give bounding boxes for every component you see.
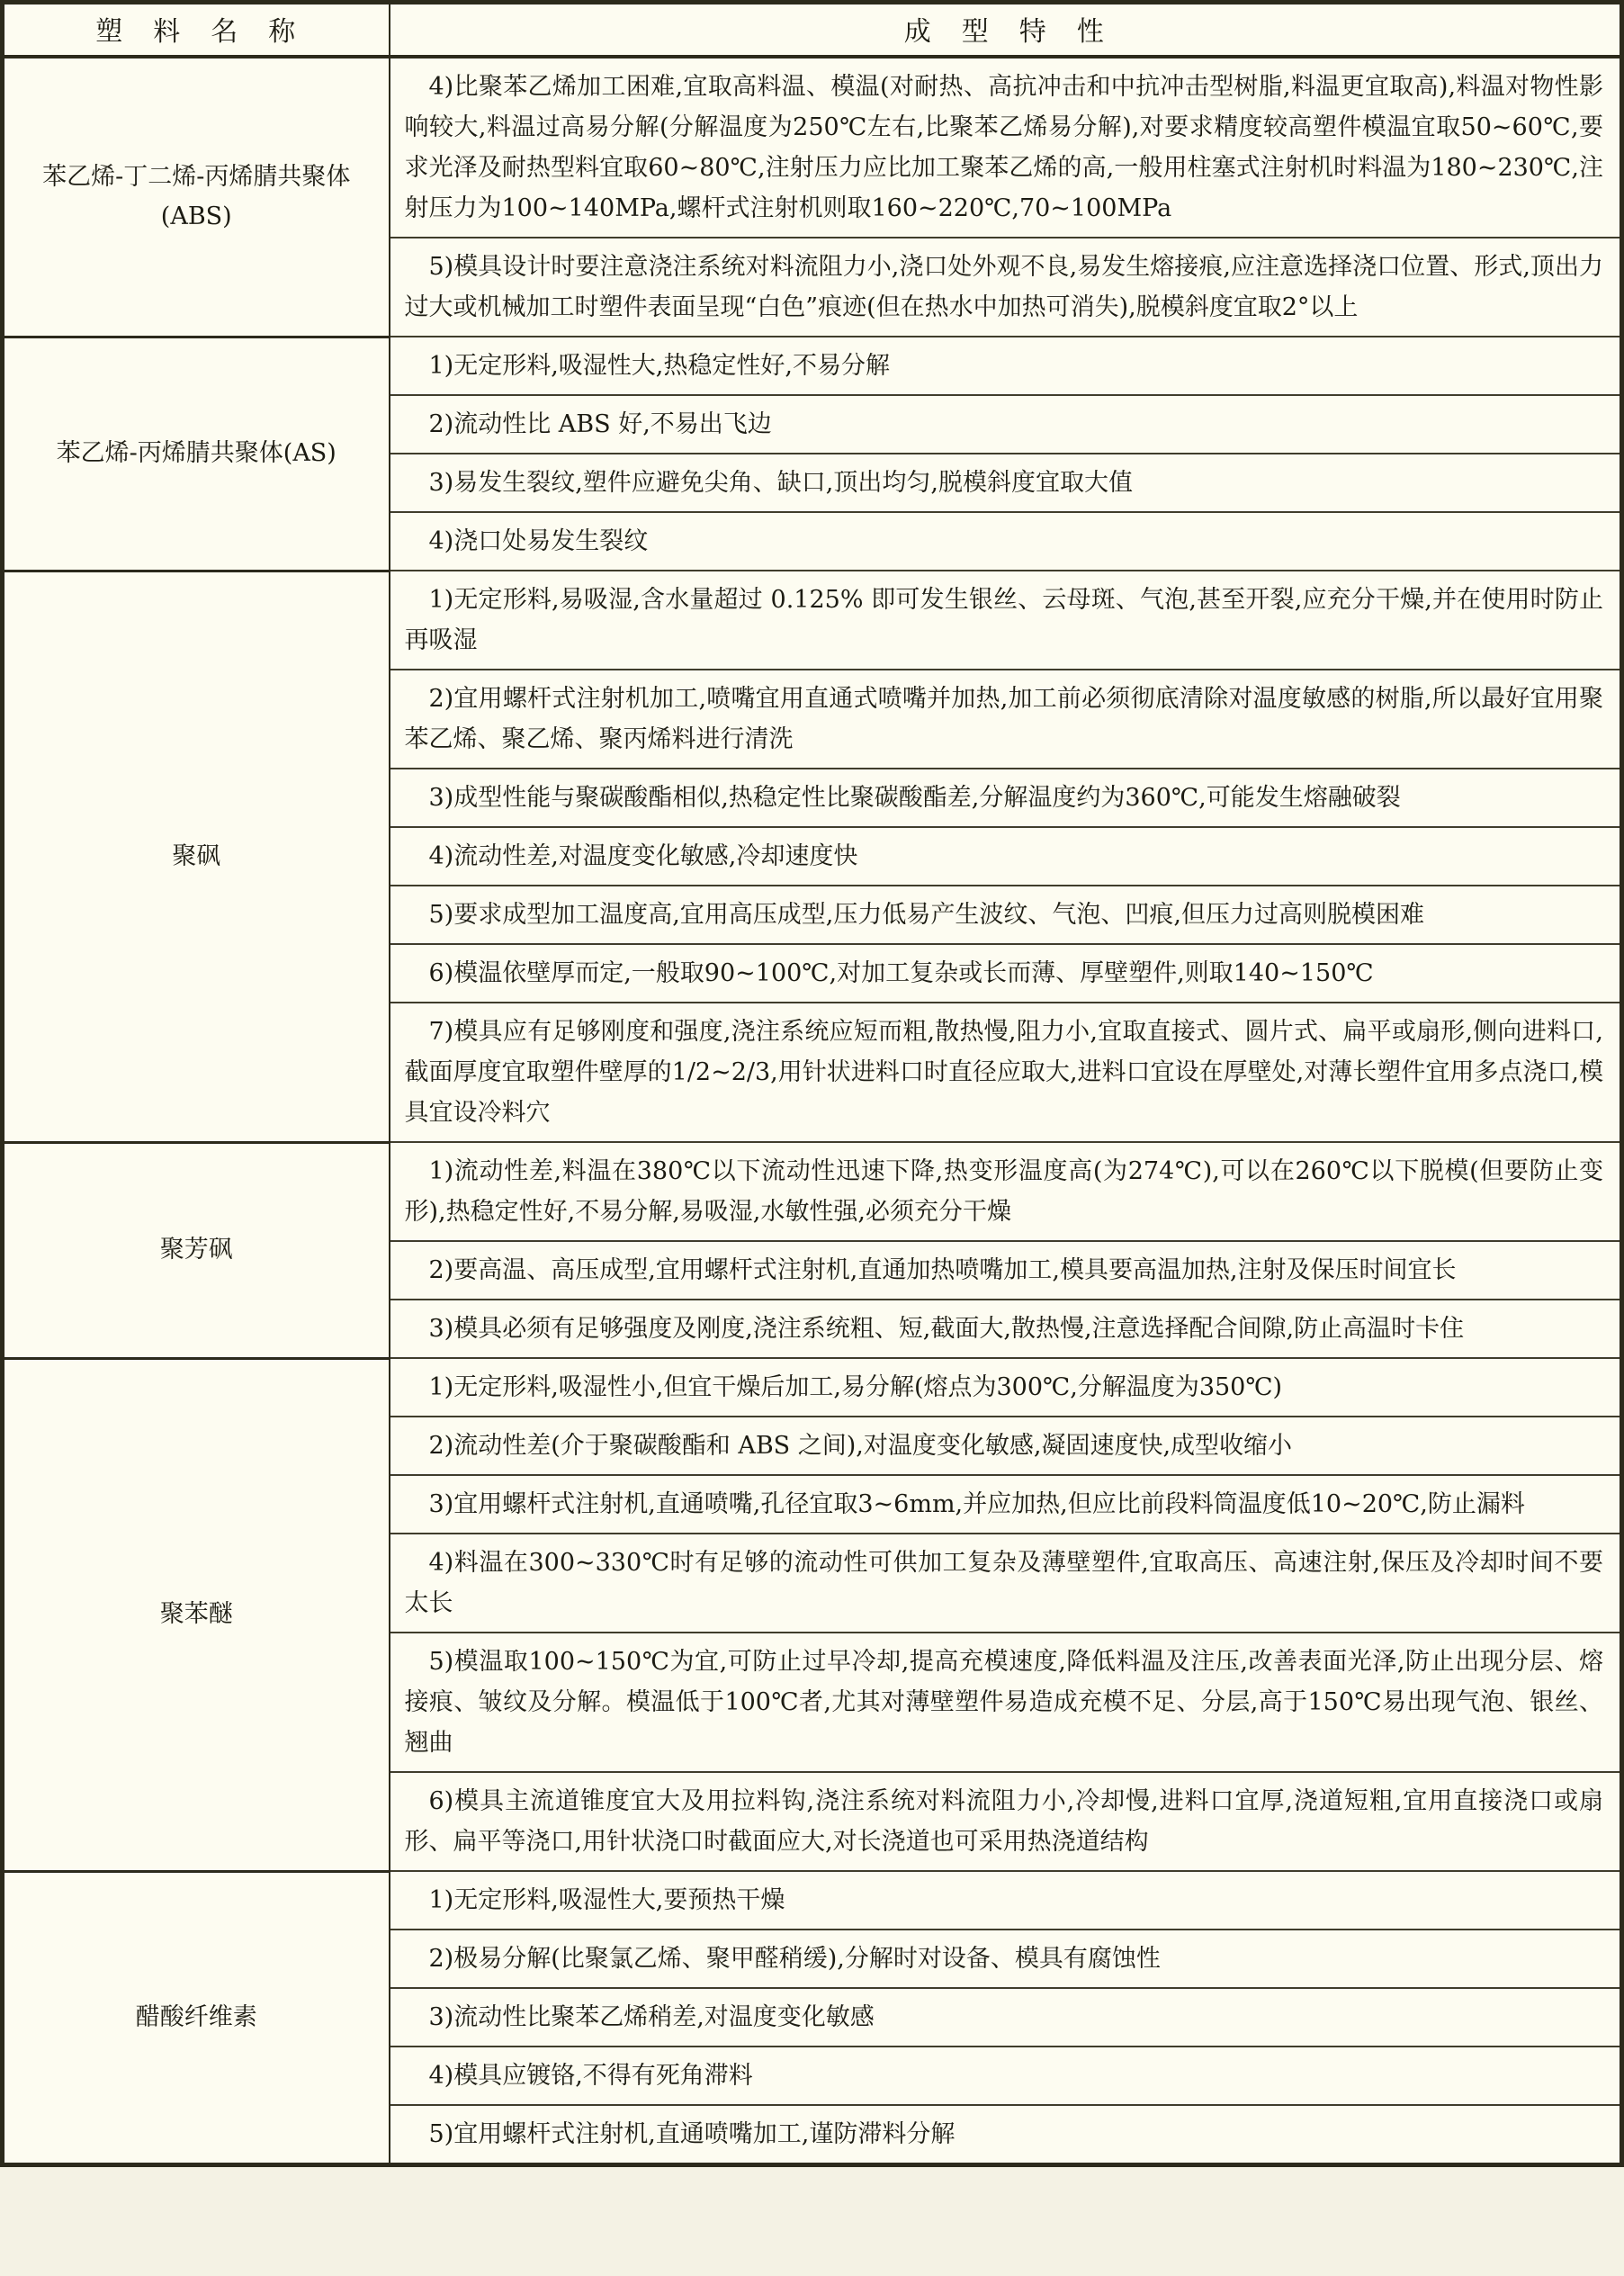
feature-item-cell: 5)要求成型加工温度高,宜用高压成型,压力低易产生波纹、气泡、凹痕,但压力过高则…	[390, 886, 1622, 944]
feature-item-cell: 1)无定形料,吸湿性小,但宜干燥后加工,易分解(熔点为300℃,分解温度为350…	[390, 1358, 1622, 1417]
feature-item-cell: 4)模具应镀铬,不得有死角滞料	[390, 2047, 1622, 2105]
feature-item-cell: 1)无定形料,吸湿性大,热稳定性好,不易分解	[390, 337, 1622, 395]
document-page: 塑 料 名 称 成 型 特 性 苯乙烯-丁二烯-丙烯腈共聚体(ABS) 4)比聚…	[0, 0, 1624, 2167]
feature-item-cell: 6)模温依壁厚而定,一般取90~100℃,对加工复杂或长而薄、厚壁塑件,则取14…	[390, 944, 1622, 1003]
table-row: 聚芳砜 1)流动性差,料温在380℃以下流动性迅速下降,热变形温度高(为274℃…	[3, 1142, 1622, 1241]
feature-item-cell: 5)模温取100~150℃为宜,可防止过早冷却,提高充模速度,降低料温及注压,改…	[390, 1633, 1622, 1772]
feature-item-cell: 2)流动性比 ABS 好,不易出飞边	[390, 395, 1622, 454]
feature-item-cell: 1)流动性差,料温在380℃以下流动性迅速下降,热变形温度高(为274℃),可以…	[390, 1142, 1622, 1241]
feature-item-cell: 2)极易分解(比聚氯乙烯、聚甲醛稍缓),分解时对设备、模具有腐蚀性	[390, 1930, 1622, 1988]
feature-item-cell: 3)模具必须有足够强度及刚度,浇注系统粗、短,截面大,散热慢,注意选择配合间隙,…	[390, 1300, 1622, 1358]
table-row: 醋酸纤维素 1)无定形料,吸湿性大,要预热干燥	[3, 1871, 1622, 1930]
feature-item-cell: 2)宜用螺杆式注射机加工,喷嘴宜用直通式喷嘴并加热,加工前必须彻底清除对温度敏感…	[390, 670, 1622, 769]
plastic-name-cell: 醋酸纤维素	[3, 1871, 390, 2165]
feature-item-cell: 5)模具设计时要注意浇注系统对料流阻力小,浇口处外观不良,易发生熔接痕,应注意选…	[390, 238, 1622, 337]
feature-item-cell: 4)比聚苯乙烯加工困难,宜取高料温、模温(对耐热、高抗冲击和中抗冲击型树脂,料温…	[390, 57, 1622, 238]
feature-item-cell: 3)流动性比聚苯乙烯稍差,对温度变化敏感	[390, 1988, 1622, 2047]
table-row: 聚砜 1)无定形料,易吸湿,含水量超过 0.125% 即可发生银丝、云母斑、气泡…	[3, 571, 1622, 670]
table-row: 聚苯醚 1)无定形料,吸湿性小,但宜干燥后加工,易分解(熔点为300℃,分解温度…	[3, 1358, 1622, 1417]
plastic-name-cell: 苯乙烯-丙烯腈共聚体(AS)	[3, 337, 390, 571]
table-header-row: 塑 料 名 称 成 型 特 性	[3, 3, 1622, 58]
plastic-name-cell: 聚苯醚	[3, 1358, 390, 1871]
feature-item-cell: 6)模具主流道锥度宜大及用拉料钩,浇注系统对料流阻力小,冷却慢,进料口宜厚,浇道…	[390, 1772, 1622, 1871]
feature-item-cell: 3)易发生裂纹,塑件应避免尖角、缺口,顶出均匀,脱模斜度宜取大值	[390, 454, 1622, 512]
feature-item-cell: 7)模具应有足够刚度和强度,浇注系统应短而粗,散热慢,阻力小,宜取直接式、圆片式…	[390, 1003, 1622, 1142]
plastic-name-cell: 聚芳砜	[3, 1142, 390, 1358]
feature-item-cell: 3)宜用螺杆式注射机,直通喷嘴,孔径宜取3~6mm,并应加热,但应比前段料筒温度…	[390, 1475, 1622, 1534]
feature-item-cell: 5)宜用螺杆式注射机,直通喷嘴加工,谨防滞料分解	[390, 2105, 1622, 2165]
feature-item-cell: 4)浇口处易发生裂纹	[390, 512, 1622, 571]
column-header-molding-characteristics: 成 型 特 性	[390, 3, 1622, 58]
plastic-name-cell: 苯乙烯-丁二烯-丙烯腈共聚体(ABS)	[3, 57, 390, 337]
feature-item-cell: 1)无定形料,易吸湿,含水量超过 0.125% 即可发生银丝、云母斑、气泡,甚至…	[390, 571, 1622, 670]
column-header-plastic-name: 塑 料 名 称	[3, 3, 390, 58]
feature-item-cell: 3)成型性能与聚碳酸酯相似,热稳定性比聚碳酸酯差,分解温度约为360℃,可能发生…	[390, 769, 1622, 827]
feature-item-cell: 2)流动性差(介于聚碳酸酯和 ABS 之间),对温度变化敏感,凝固速度快,成型收…	[390, 1417, 1622, 1475]
plastic-molding-table: 塑 料 名 称 成 型 特 性 苯乙烯-丁二烯-丙烯腈共聚体(ABS) 4)比聚…	[0, 0, 1624, 2167]
feature-item-cell: 1)无定形料,吸湿性大,要预热干燥	[390, 1871, 1622, 1930]
feature-item-cell: 2)要高温、高压成型,宜用螺杆式注射机,直通加热喷嘴加工,模具要高温加热,注射及…	[390, 1241, 1622, 1300]
table-row: 苯乙烯-丙烯腈共聚体(AS) 1)无定形料,吸湿性大,热稳定性好,不易分解	[3, 337, 1622, 395]
feature-item-cell: 4)料温在300~330℃时有足够的流动性可供加工复杂及薄壁塑件,宜取高压、高速…	[390, 1534, 1622, 1633]
feature-item-cell: 4)流动性差,对温度变化敏感,冷却速度快	[390, 827, 1622, 886]
plastic-name-cell: 聚砜	[3, 571, 390, 1142]
table-row: 苯乙烯-丁二烯-丙烯腈共聚体(ABS) 4)比聚苯乙烯加工困难,宜取高料温、模温…	[3, 57, 1622, 238]
